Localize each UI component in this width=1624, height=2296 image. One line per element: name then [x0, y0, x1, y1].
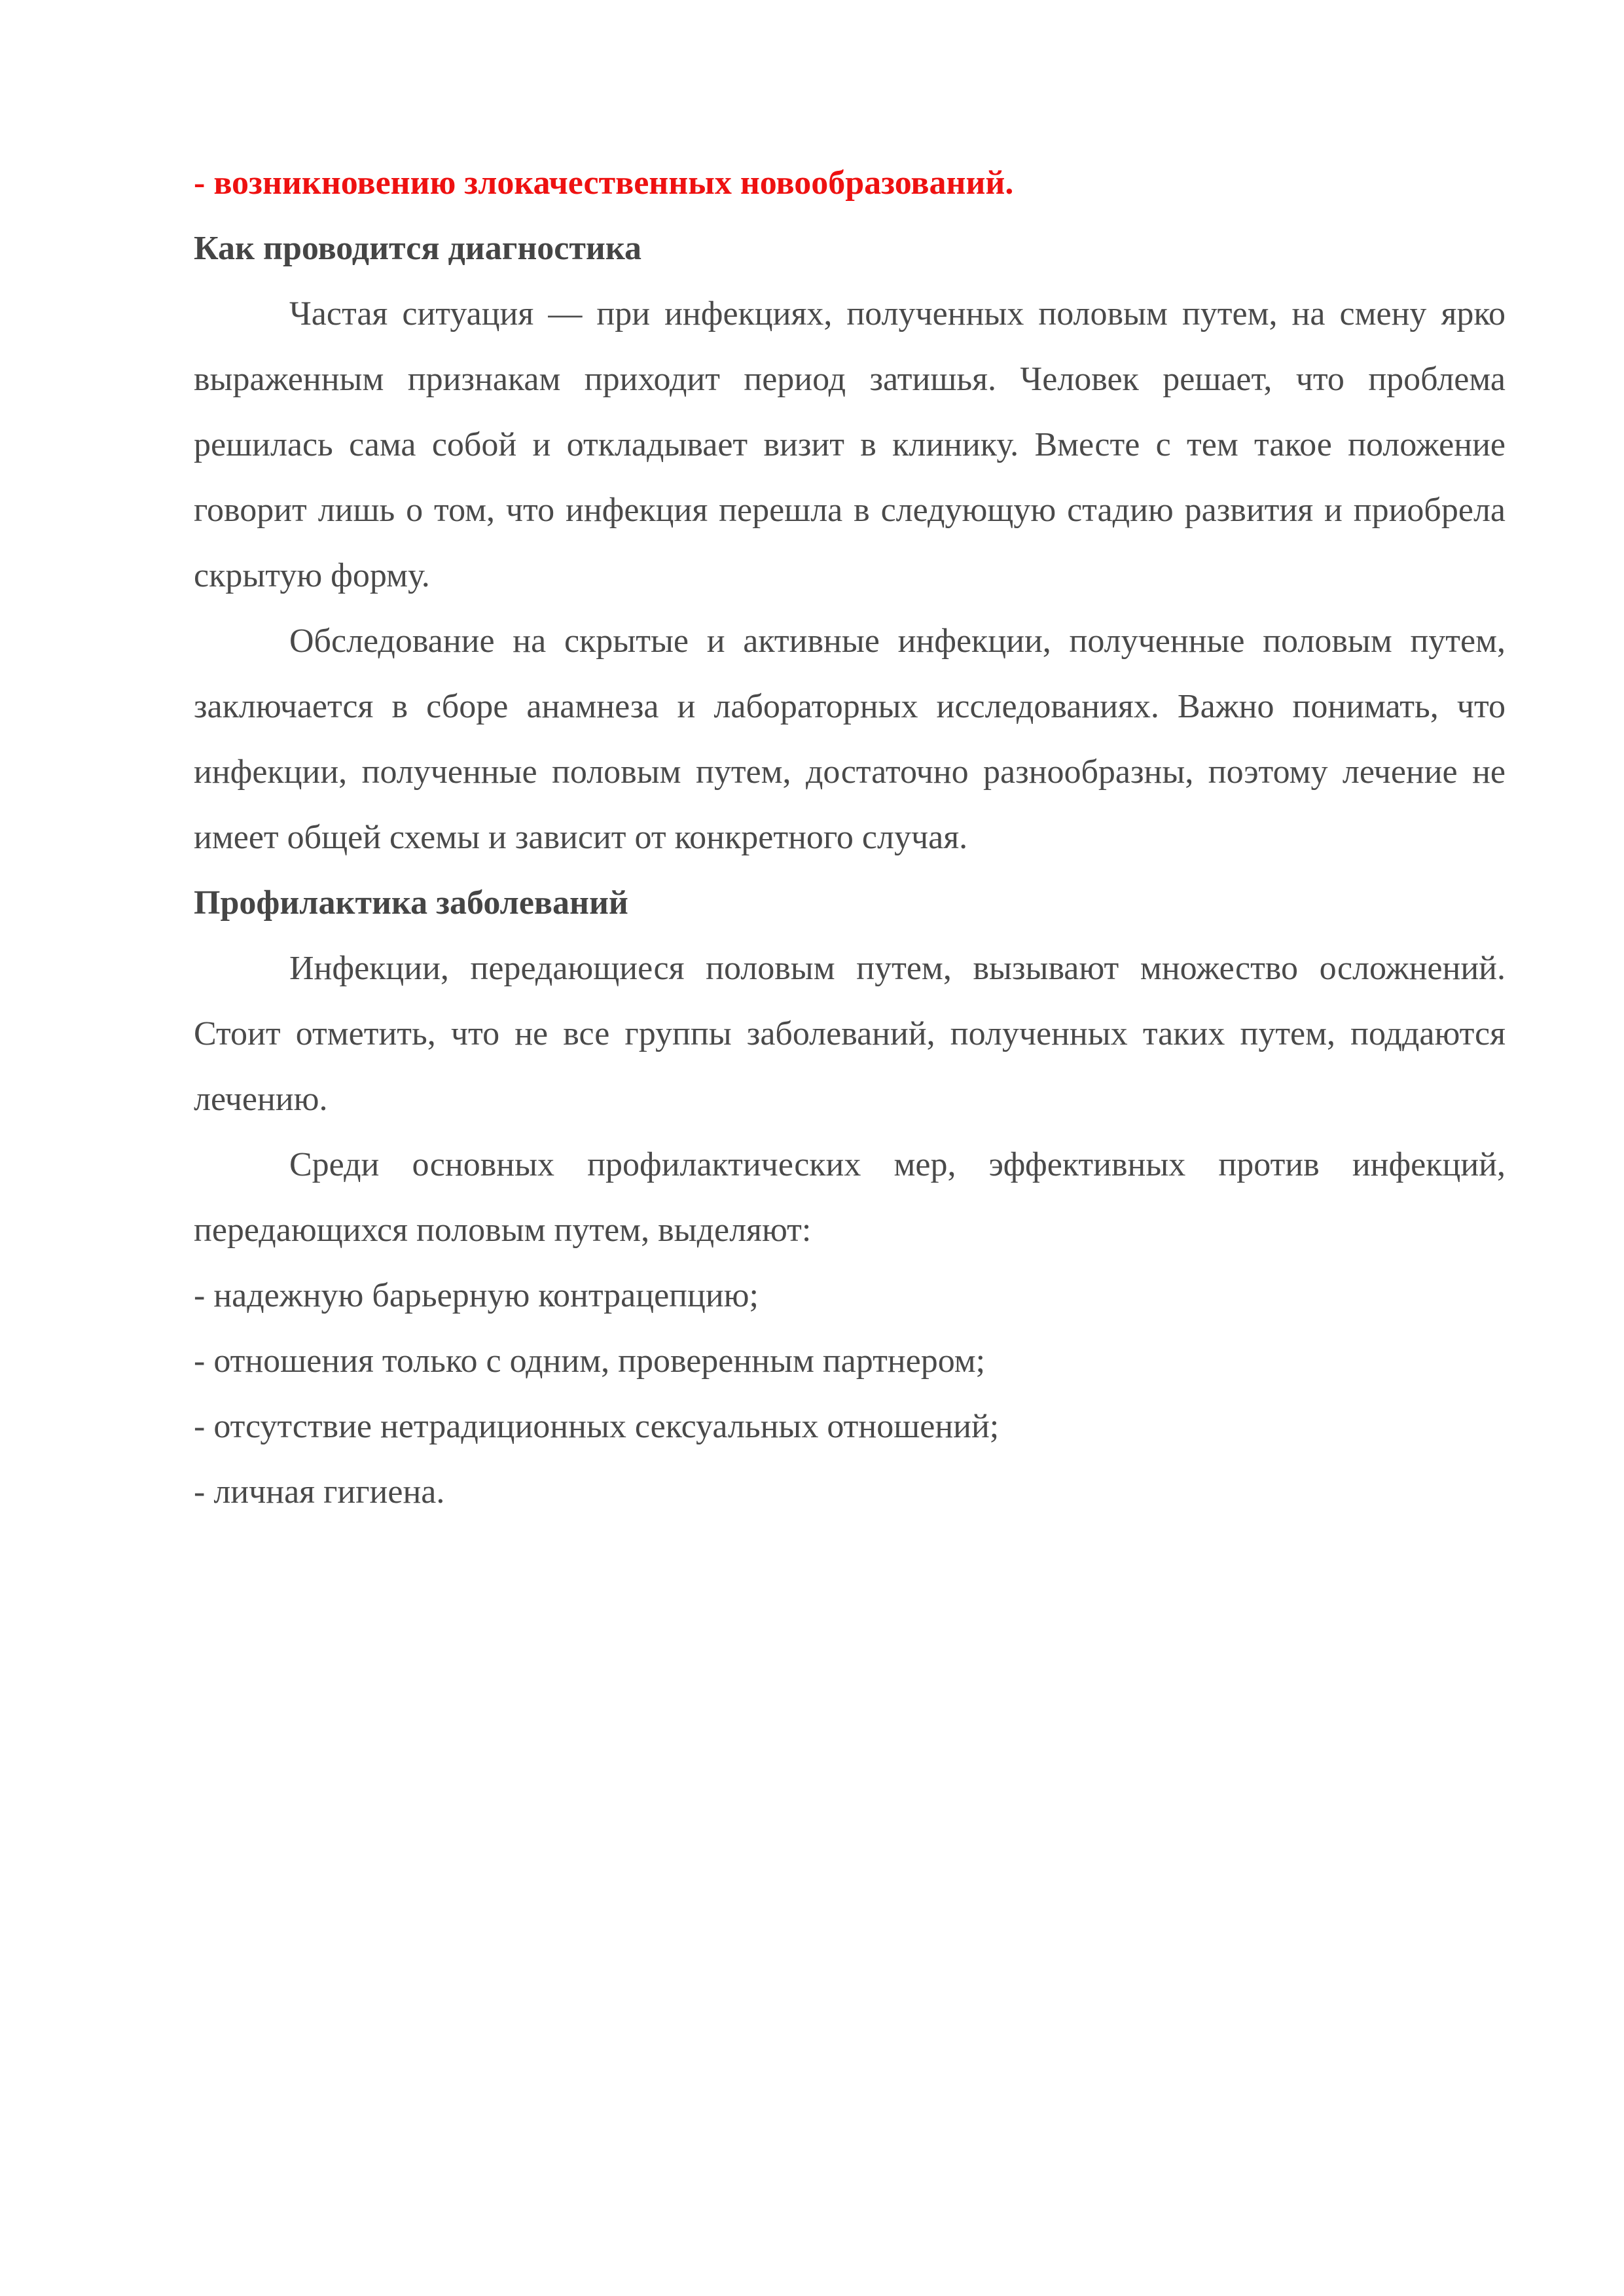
paragraph-prevention-1: Инфекции, передающиеся половым путем, вы… [194, 936, 1506, 1132]
document-page: - возникновению злокачественных новообра… [194, 151, 1506, 1525]
list-item: - отношения только с одним, проверенным … [194, 1329, 1506, 1394]
list-item: - личная гигиена. [194, 1460, 1506, 1525]
section-heading-diagnostics: Как проводится диагностика [194, 216, 1506, 281]
red-bullet-line: - возникновению злокачественных новообра… [194, 151, 1506, 216]
list-item: - надежную барьерную контрацепцию; [194, 1263, 1506, 1329]
paragraph-diagnostics-2: Обследование на скрытые и активные инфек… [194, 609, 1506, 870]
section-heading-prevention: Профилактика заболеваний [194, 870, 1506, 936]
paragraph-prevention-2: Среди основных профилактических мер, эфф… [194, 1132, 1506, 1263]
paragraph-diagnostics-1: Частая ситуация — при инфекциях, получен… [194, 281, 1506, 609]
list-item: - отсутствие нетрадиционных сексуальных … [194, 1394, 1506, 1460]
